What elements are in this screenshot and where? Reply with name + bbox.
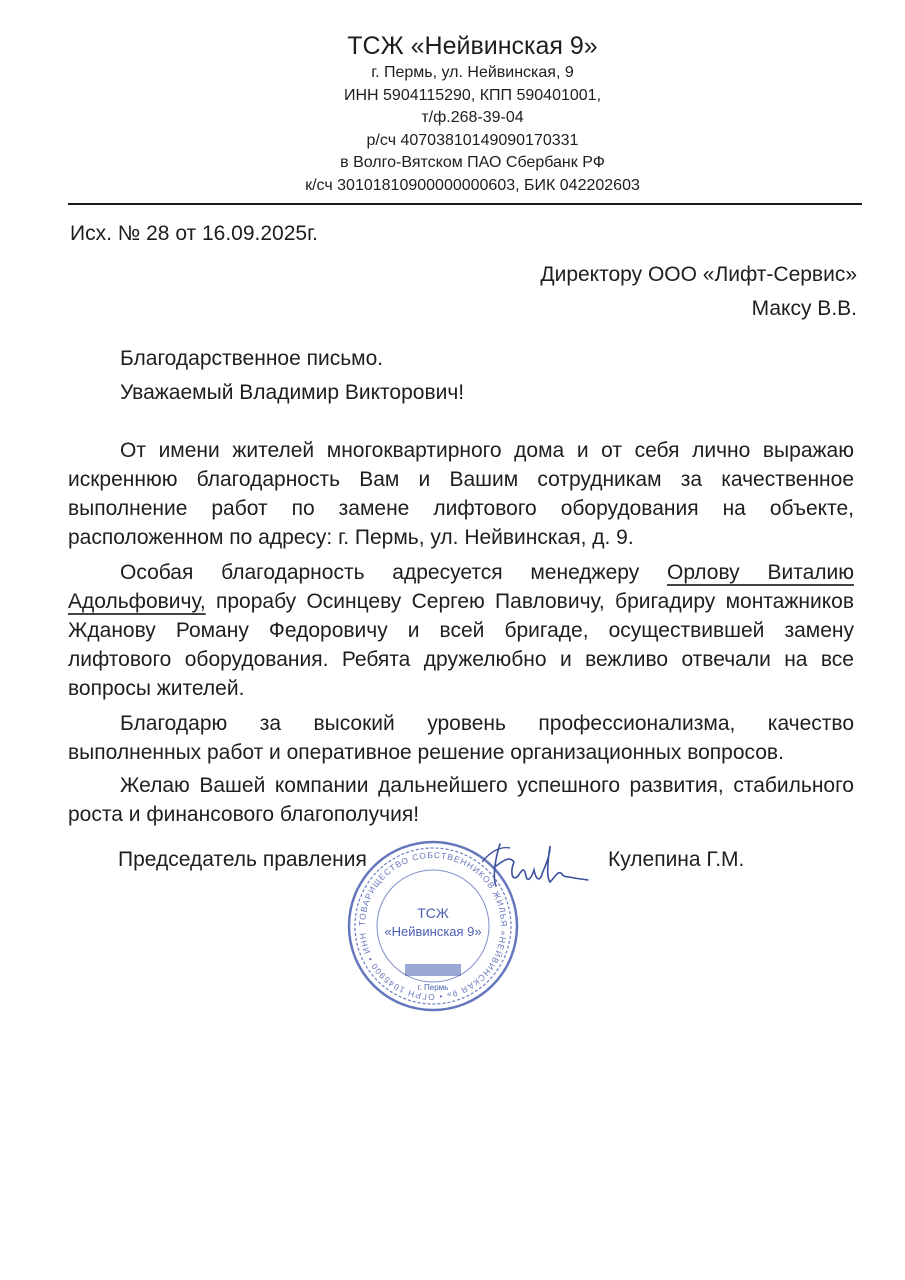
paragraph-2: Особая благодарность адресуется менеджер… xyxy=(68,558,854,703)
stamp-center-line2: «Нейвинская 9» xyxy=(384,924,481,939)
org-tax-ids: ИНН 5904115290, КПП 590401001, xyxy=(40,85,905,108)
org-bank: в Волго-Вятском ПАО Сбербанк РФ xyxy=(40,152,905,175)
letter-body: От имени жителей многоквартирного дома и… xyxy=(68,436,854,835)
stamp-city: г. Пермь xyxy=(418,983,449,992)
letterhead: ТСЖ «Нейвинская 9» г. Пермь, ул. Нейвинс… xyxy=(0,30,905,197)
org-account: р/сч 40703810149090170331 xyxy=(40,130,905,153)
org-phone: т/ф.268-39-04 xyxy=(40,107,905,130)
org-name: ТСЖ «Нейвинская 9» xyxy=(40,30,905,62)
org-corr-account: к/сч 30101810900000000603, БИК 042202603 xyxy=(40,175,905,198)
handwritten-signature-icon xyxy=(470,836,600,906)
letter-intro: Благодарственное письмо. Уважаемый Влади… xyxy=(120,342,464,410)
signer-position: Председатель правления xyxy=(118,848,367,872)
salutation: Уважаемый Владимир Викторович! xyxy=(120,376,464,410)
signer-name: Кулепина Г.М. xyxy=(608,848,744,872)
paragraph-4: Желаю Вашей компании дальнейшего успешно… xyxy=(68,771,854,829)
outgoing-reference: Исх. № 28 от 16.09.2025г. xyxy=(70,222,318,246)
addressee: Директору ООО «Лифт-Сервис» Максу В.В. xyxy=(540,258,857,326)
addressee-name: Максу В.В. xyxy=(540,292,857,326)
paragraph-1: От имени жителей многоквартирного дома и… xyxy=(68,436,854,552)
paragraph-2-start: Особая благодарность адресуется менеджер… xyxy=(120,561,667,584)
addressee-position: Директору ООО «Лифт-Сервис» xyxy=(540,258,857,292)
org-address: г. Пермь, ул. Нейвинская, 9 xyxy=(40,62,905,85)
paragraph-3: Благодарю за высокий уровень профессиона… xyxy=(68,709,854,767)
letter-title: Благодарственное письмо. xyxy=(120,342,464,376)
stamp-center-line1: ТСЖ xyxy=(417,905,449,921)
letterhead-divider xyxy=(68,203,862,205)
